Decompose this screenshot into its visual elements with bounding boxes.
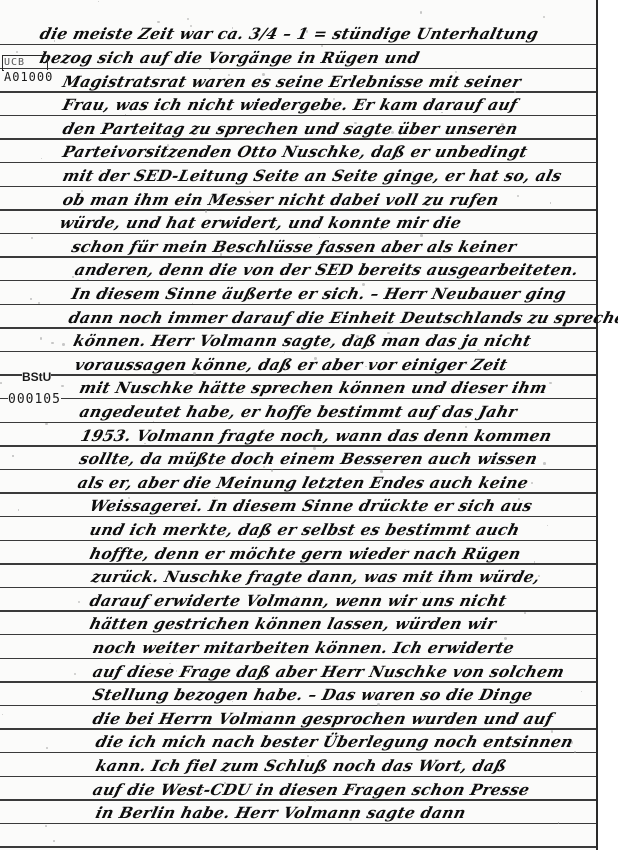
handwritten-line: 1953. Volmann fragte noch, wann das denn…	[0, 424, 618, 448]
archive-stamp-number-bottom: 000105	[8, 392, 61, 407]
handwritten-line: die bei Herrn Volmann gesprochen wurden …	[0, 707, 618, 731]
archive-stamp-number-top: A01000	[4, 70, 53, 84]
handwritten-line: In diesem Sinne äußerte er sich. – Herr …	[0, 282, 618, 306]
handwritten-line: bezog sich auf die Vorgänge in Rügen und	[0, 46, 618, 70]
handwritten-line: angedeutet habe, er hoffe bestimmt auf d…	[0, 400, 618, 424]
handwritten-line: Stellung bezogen habe. – Das waren so di…	[0, 683, 618, 707]
handwritten-line: Weissagerei. In diesem Sinne drückte er …	[0, 494, 618, 518]
handwritten-line: den Parteitag zu sprechen und sagte über…	[0, 117, 618, 141]
handwritten-line: die meiste Zeit war ca. 3/4 – 1 = stündi…	[0, 22, 618, 46]
handwritten-line: anderen, denn die von der SED bereits au…	[0, 258, 618, 282]
handwritten-line: mit Nuschke hätte sprechen können und di…	[0, 376, 618, 400]
ruled-line	[0, 846, 596, 847]
document-page: die meiste Zeit war ca. 3/4 – 1 = stündi…	[0, 0, 598, 850]
handwritten-line: würde, und hat erwidert, und konnte mir …	[0, 211, 618, 235]
handwritten-line: auf diese Frage daß aber Herr Nuschke vo…	[0, 660, 618, 684]
handwritten-line: noch weiter mitarbeiten können. Ich erwi…	[0, 636, 618, 660]
archive-stamp-prefix: UCB	[4, 57, 25, 68]
handwritten-line: und ich merkte, daß er selbst es bestimm…	[0, 518, 618, 542]
handwritten-line: kann. Ich fiel zum Schluß noch das Wort,…	[0, 754, 618, 778]
handwritten-line: zurück. Nuschke fragte dann, was mit ihm…	[0, 565, 618, 589]
handwritten-line: die ich mich nach bester Überlegung noch…	[0, 730, 618, 754]
handwritten-line: hoffte, denn er möchte gern wieder nach …	[0, 542, 618, 566]
handwritten-line: darauf erwiderte Volmann, wenn wir uns n…	[0, 589, 618, 613]
handwritten-line: Frau, was ich nicht wiedergebe. Er kam d…	[0, 93, 618, 117]
handwritten-line: mit der SED-Leitung Seite an Seite ginge…	[0, 164, 618, 188]
handwritten-line: hätten gestrichen können lassen, würden …	[0, 612, 618, 636]
handwritten-line: Magistratsrat waren es seine Erlebnisse …	[0, 70, 618, 94]
archive-stamp-label: BStU	[22, 370, 51, 384]
handwritten-line: schon für mein Beschlüsse fassen aber al…	[0, 235, 618, 259]
handwritten-line: ob man ihm ein Messer nicht dabei voll z…	[0, 188, 618, 212]
handwritten-line: auf die West-CDU in diesen Fragen schon …	[0, 778, 618, 802]
handwritten-line: dann noch immer darauf die Einheit Deuts…	[0, 306, 618, 330]
handwritten-line: Parteivorsitzenden Otto Nuschke, daß er …	[0, 140, 618, 164]
handwritten-line: können. Herr Volmann sagte, daß man das …	[0, 329, 618, 353]
handwritten-line: sollte, da müßte doch einem Besseren auc…	[0, 447, 618, 471]
handwritten-line: voraussagen könne, daß er aber vor einig…	[0, 353, 618, 377]
handwritten-line: als er, aber die Meinung letzten Endes a…	[0, 471, 618, 495]
handwritten-line: in Berlin habe. Herr Volmann sagte dann	[0, 801, 618, 825]
